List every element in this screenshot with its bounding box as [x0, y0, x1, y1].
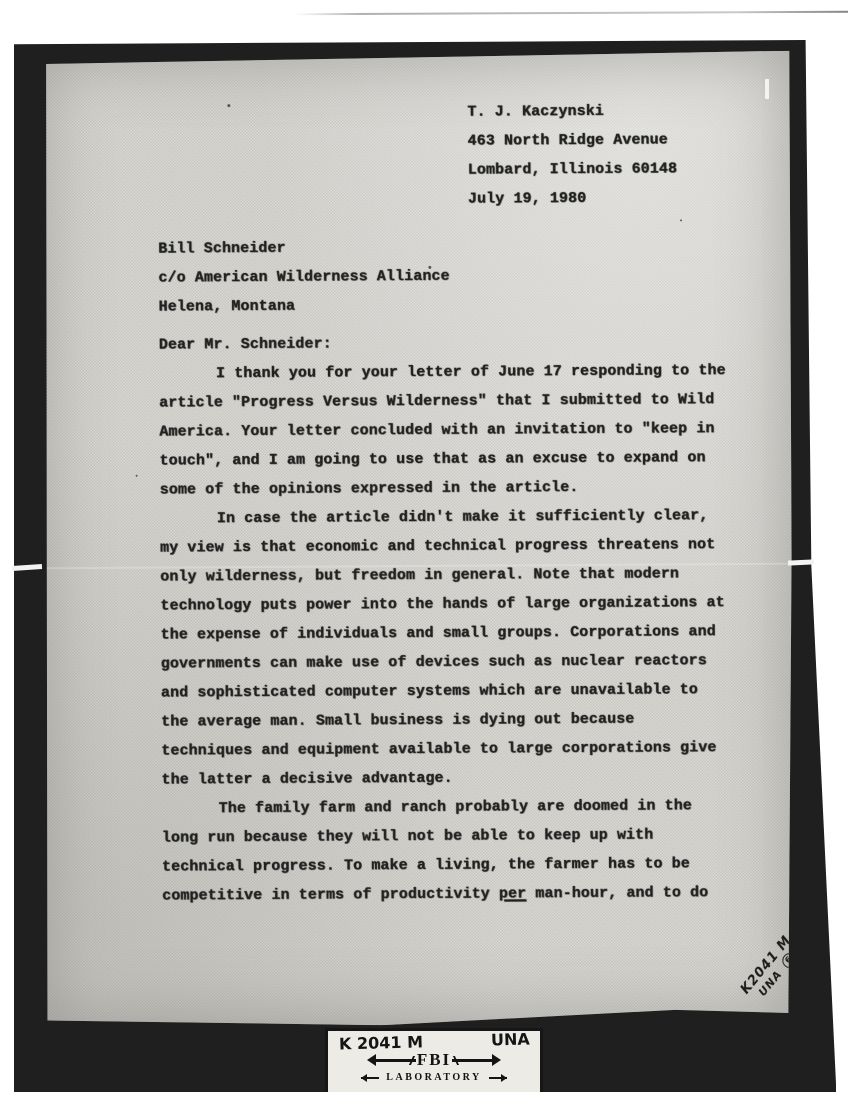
- letter-line: In case the article didn't make it suffi…: [160, 501, 760, 534]
- recipient-address: Bill Schneiderc/o American Wilderness Al…: [158, 233, 450, 322]
- stamp-handwritten-line: K 2041 M UNA: [338, 1031, 529, 1054]
- photo-frame: T. J. Kaczynski463 North Ridge AvenueLom…: [14, 40, 836, 1092]
- letter-line: only wilderness, but freedom in general.…: [160, 559, 760, 592]
- text-line: c/o American Wilderness Alliance: [158, 262, 449, 293]
- stamp-specimen-code: K 2041 M: [338, 1033, 422, 1053]
- letter-line: technology puts power into the hands of …: [160, 588, 760, 621]
- letter-line: article "Progress Versus Wilderness" tha…: [159, 385, 759, 418]
- letter-line: competitive in terms of productivity per…: [162, 878, 762, 911]
- text-line: T. J. Kaczynski: [467, 96, 677, 126]
- sender-address: T. J. Kaczynski463 North Ridge AvenueLom…: [467, 96, 677, 213]
- left-arrow-small-icon: [361, 1077, 379, 1079]
- right-arrow-small-icon: [489, 1077, 507, 1079]
- stamp-dept-label: LABORATORY: [386, 1072, 481, 1083]
- letter-line: the average man. Small business is dying…: [161, 704, 761, 737]
- letter-line: and sophisticated computer systems which…: [161, 675, 761, 708]
- letter-line: long run because they will not be able t…: [162, 820, 762, 853]
- stamp-dept-row: LABORATORY: [361, 1072, 506, 1083]
- fbi-lab-stamp: K 2041 M UNA FBI LABORATORY: [325, 1028, 543, 1096]
- fold-mark-top: [765, 79, 769, 99]
- letter-line: The family farm and ranch probably are d…: [162, 791, 762, 824]
- text-line: Bill Schneider: [158, 233, 449, 264]
- text-line: Lombard, Illinois 60148: [468, 154, 678, 184]
- letter-line: my view is that economic and technical p…: [160, 530, 760, 563]
- text-line: 463 North Ridge Avenue: [467, 125, 677, 155]
- letter-line: governments can make use of devices such…: [161, 646, 761, 679]
- stamp-org-row: FBI: [370, 1051, 498, 1069]
- scan-speck: [227, 104, 230, 107]
- corner-annotation: K2041 M UNA 6: [720, 911, 825, 1030]
- text-line: July 19, 1980: [468, 183, 678, 213]
- scan-speck: [136, 475, 138, 477]
- stamp-case-code: UNA: [490, 1031, 529, 1050]
- letter-line: techniques and equipment available to la…: [161, 733, 761, 766]
- letter-line: technical progress. To make a living, th…: [162, 849, 762, 882]
- salutation: Dear Mr. Schneider:: [159, 330, 332, 360]
- letter-paper: T. J. Kaczynski463 North Ridge AvenueLom…: [37, 51, 796, 1028]
- letter-body: I thank you for your letter of June 17 r…: [159, 356, 762, 911]
- letter-line: touch", and I am going to use that as an…: [159, 443, 759, 476]
- corner-annotation-code: K2041 M: [720, 911, 814, 1020]
- letter-line: I thank you for your letter of June 17 r…: [159, 356, 759, 389]
- left-arrow-icon: [370, 1059, 416, 1062]
- letter-line: the expense of individuals and small gro…: [160, 617, 760, 650]
- scan-artifact-line: [295, 11, 848, 15]
- letter-line: some of the opinions expressed in the ar…: [160, 472, 760, 505]
- text-line: Helena, Montana: [158, 291, 449, 322]
- letter-line: America. Your letter concluded with an i…: [159, 414, 759, 447]
- scan-speck: [680, 219, 682, 221]
- letter-line: the latter a decisive advantage.: [161, 762, 761, 795]
- stamp-org-label: FBI: [416, 1051, 452, 1069]
- right-arrow-icon: [452, 1059, 498, 1062]
